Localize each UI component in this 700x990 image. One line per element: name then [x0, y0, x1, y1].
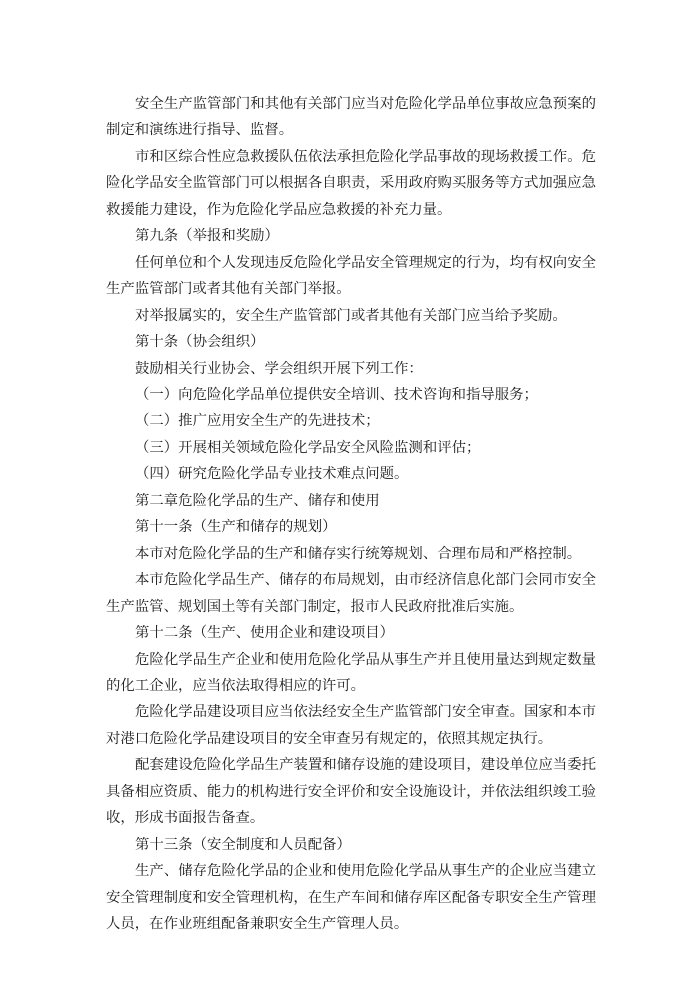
- list-item-1: （一）向危险化学品单位提供安全培训、技术咨询和指导服务；: [106, 382, 596, 408]
- paragraph-reporting-right: 任何单位和个人发现违反危险化学品安全管理规定的行为，均有权向安全生产监管部门或者…: [106, 250, 596, 303]
- article-heading-9: 第九条（举报和奖励）: [106, 223, 596, 249]
- article-heading-11: 第十一条（生产和储存的规划）: [106, 514, 596, 540]
- paragraph-emergency-rescue-teams: 市和区综合性应急救援队伍依法承担危险化学品事故的现场救援工作。危险化学品安全监管…: [106, 144, 596, 223]
- list-item-3: （三）开展相关领域危险化学品安全风险监测和评估；: [106, 435, 596, 461]
- article-heading-12: 第十二条（生产、使用企业和建设项目）: [106, 620, 596, 646]
- paragraph-planning-control: 本市对危险化学品的生产和储存实行统筹规划、合理布局和严格控制。: [106, 541, 596, 567]
- document-page: 安全生产监管部门和其他有关部门应当对危险化学品单位事故应急预案的制定和演练进行指…: [106, 91, 596, 938]
- paragraph-layout-planning: 本市危险化学品生产、储存的布局规划，由市经济信息化部门会同市安全生产监管、规划国…: [106, 567, 596, 620]
- paragraph-safety-management: 生产、储存危险化学品的企业和使用危险化学品从事生产的企业应当建立安全管理制度和安…: [106, 858, 596, 937]
- paragraph-associations-intro: 鼓励相关行业协会、学会组织开展下列工作：: [106, 356, 596, 382]
- list-item-2: （二）推广应用安全生产的先进技术；: [106, 408, 596, 434]
- paragraph-emergency-plan-supervision: 安全生产监管部门和其他有关部门应当对危险化学品单位事故应急预案的制定和演练进行指…: [106, 91, 596, 144]
- paragraph-supporting-projects: 配套建设危险化学品生产装置和储存设施的建设项目，建设单位应当委托具备相应资质、能…: [106, 752, 596, 831]
- paragraph-licensing: 危险化学品生产企业和使用危险化学品从事生产并且使用量达到规定数量的化工企业，应当…: [106, 647, 596, 700]
- paragraph-safety-review: 危险化学品建设项目应当依法经安全生产监管部门安全审查。国家和本市对港口危险化学品…: [106, 699, 596, 752]
- article-heading-13: 第十三条（安全制度和人员配备）: [106, 832, 596, 858]
- paragraph-reward: 对举报属实的，安全生产监管部门或者其他有关部门应当给予奖励。: [106, 303, 596, 329]
- chapter-heading-2: 第二章危险化学品的生产、储存和使用: [106, 488, 596, 514]
- list-item-4: （四）研究危险化学品专业技术难点问题。: [106, 461, 596, 487]
- article-heading-10: 第十条（协会组织）: [106, 329, 596, 355]
